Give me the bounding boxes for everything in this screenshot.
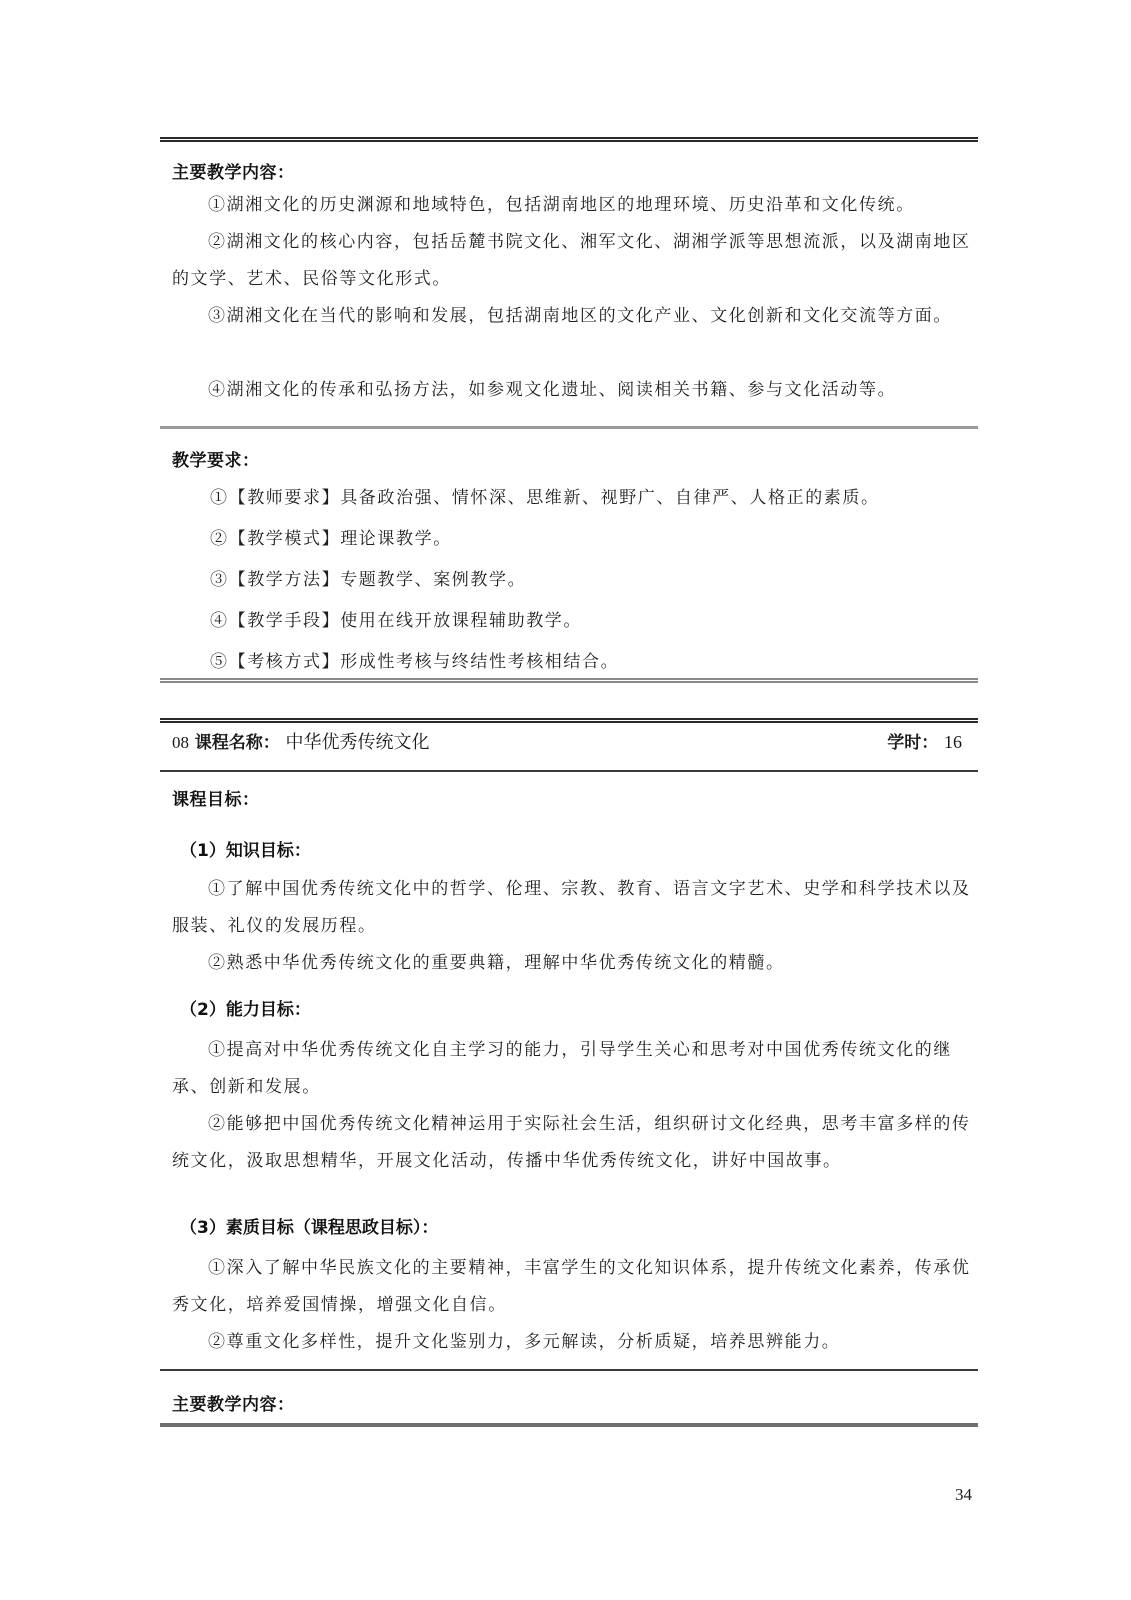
content-item-2: ②湖湘文化的核心内容，包括岳麓书院文化、湘军文化、湖湘学派等思想流派，以及湖南地…	[172, 224, 972, 298]
requirement-item-2: ②【教学模式】理论课教学。	[210, 524, 452, 549]
knowledge-item-1: ①了解中国优秀传统文化中的哲学、伦理、宗教、教育、语言文字艺术、史学和科学技术以…	[172, 871, 972, 945]
knowledge-heading: （1）知识目标：	[180, 836, 311, 861]
requirement-item-1: ①【教师要求】具备政治强、情怀深、思维新、视野广、自律严、人格正的素质。	[210, 483, 880, 508]
content-heading: 主要教学内容：	[172, 158, 295, 183]
section-divider	[160, 426, 978, 429]
ability-item-1: ①提高对中华优秀传统文化自主学习的能力，引导学生关心和思考对中国优秀传统文化的继…	[172, 1032, 972, 1106]
hours-label: 学时：	[887, 733, 938, 753]
course-header-divider	[160, 770, 978, 772]
section-end-rule	[160, 678, 978, 683]
quality-item-1: ①深入了解中华民族文化的主要精神，丰富学生的文化知识体系，提升传统文化素养，传承…	[172, 1250, 972, 1324]
course-name-label: 课程名称：	[195, 733, 280, 753]
page-number: 34	[955, 1485, 972, 1505]
course-header: 08 课程名称： 中华优秀传统文化 学时： 16	[172, 728, 962, 752]
ability-item-2: ②能够把中国优秀传统文化精神运用于实际社会生活，组织研讨文化经典，思考丰富多样的…	[172, 1106, 972, 1180]
requirements-heading: 教学要求：	[172, 446, 260, 471]
course-hours: 学时： 16	[887, 728, 962, 753]
document-page: 主要教学内容： ①湖湘文化的历史渊源和地域特色，包括湖南地区的地理环境、历史沿革…	[0, 0, 1131, 1600]
requirement-item-3: ③【教学方法】专题教学、案例教学。	[210, 565, 526, 590]
knowledge-item-2: ②熟悉中华优秀传统文化的重要典籍，理解中华优秀传统文化的精髓。	[172, 945, 972, 982]
content-item-4: ④湖湘文化的传承和弘扬方法，如参观文化遗址、阅读相关书籍、参与文化活动等。	[172, 372, 972, 409]
requirement-item-4: ④【教学手段】使用在线开放课程辅助教学。	[210, 606, 582, 631]
objectives-heading: 课程目标：	[172, 785, 260, 810]
requirement-item-5: ⑤【考核方式】形成性考核与终结性考核相结合。	[210, 647, 619, 672]
course-content-heading: 主要教学内容：	[172, 1390, 295, 1415]
content-item-3: ③湖湘文化在当代的影响和发展，包括湖南地区的文化产业、文化创新和文化交流等方面。	[172, 298, 972, 335]
quality-heading: （3）素质目标（课程思政目标）：	[180, 1213, 438, 1238]
hours-value: 16	[944, 732, 962, 752]
ability-heading: （2）能力目标：	[180, 995, 311, 1020]
course-top-rule	[160, 718, 978, 723]
content-item-1: ①湖湘文化的历史渊源和地域特色，包括湖南地区的地理环境、历史沿革和文化传统。	[172, 187, 972, 224]
top-double-rule	[160, 137, 978, 142]
quality-item-2: ②尊重文化多样性，提升文化鉴别力，多元解读，分析质疑，培养思辨能力。	[172, 1324, 972, 1361]
content-divider	[160, 1369, 978, 1371]
bottom-rule	[160, 1423, 978, 1427]
course-number: 08	[172, 733, 189, 752]
course-name: 中华优秀传统文化	[285, 732, 429, 753]
